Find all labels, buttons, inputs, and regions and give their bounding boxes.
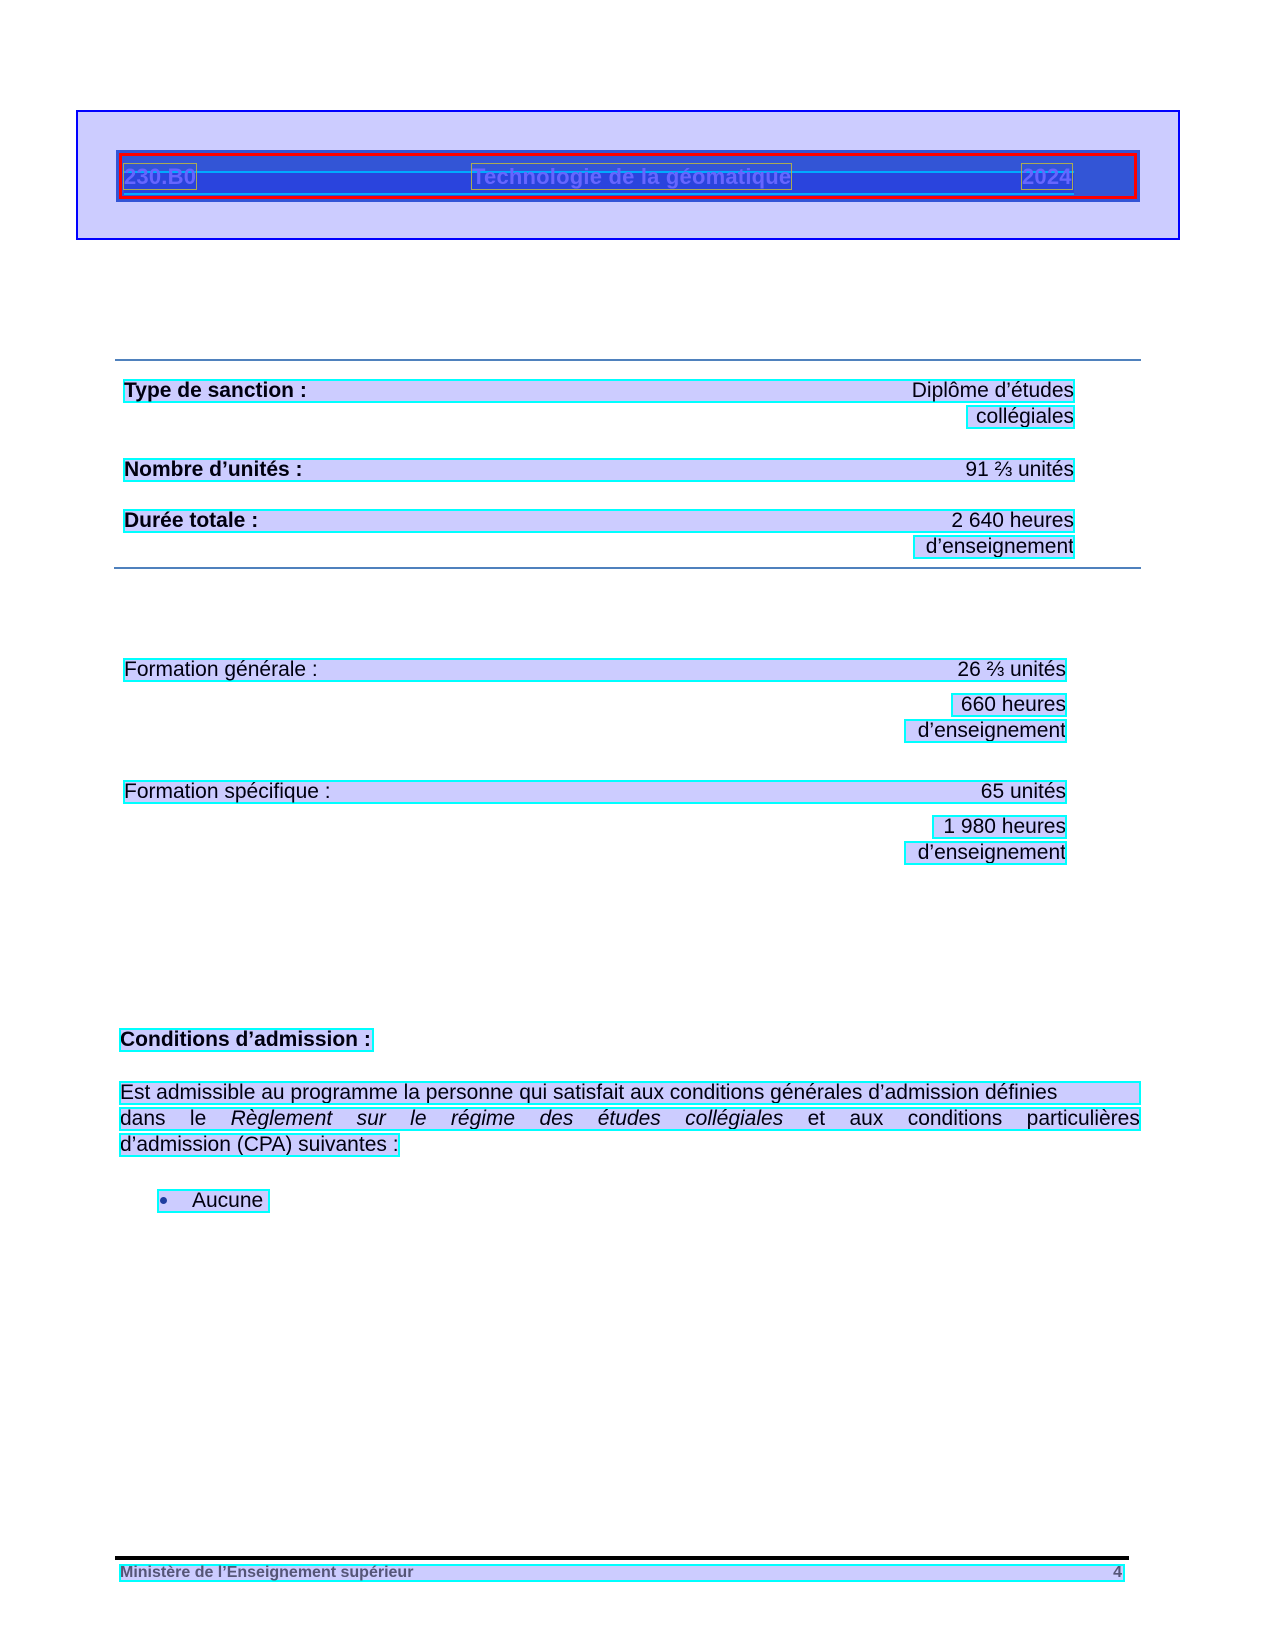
program-title: Technologie de la géomatique (472, 164, 791, 190)
admission-paragraph-line-2: dansleRèglementsurlerégimedesétudescollé… (120, 1108, 1140, 1130)
specific-training-hours-cont: d’enseignement (905, 842, 1066, 864)
general-training-hours: 660 heures (952, 694, 1066, 716)
program-year: 2024 (1022, 164, 1072, 190)
bullet-icon (160, 1197, 167, 1204)
paragraph-word: et (808, 1108, 826, 1130)
paragraph-word: aux (849, 1108, 883, 1130)
admission-paragraph-line-3: d’admission (CPA) suivantes : (120, 1134, 399, 1156)
program-code-text: 230.B0 (124, 164, 196, 189)
admission-paragraph-text-1: Est admissible au programme la personne … (120, 1082, 1057, 1104)
duration-label: Durée totale : (124, 510, 258, 532)
bullet-text: Aucune (192, 1190, 263, 1212)
paragraph-word: des (539, 1108, 573, 1130)
admission-paragraph-line-1: Est admissible au programme la personne … (120, 1082, 1140, 1104)
summary-row-units: Nombre d’unités : 91 ⅔ unités (124, 459, 1074, 481)
duration-value: 2 640 heures (951, 510, 1074, 532)
general-training-hours-cont: d’enseignement (905, 720, 1066, 742)
footer-rule (115, 1556, 1129, 1560)
admission-conditions-title: Conditions d’admission : (120, 1029, 373, 1051)
paragraph-word: le (410, 1108, 426, 1130)
paragraph-word: particulières (1027, 1108, 1140, 1130)
page-number: 4 (1113, 1565, 1122, 1581)
specific-training-label: Formation spécifique : (124, 781, 331, 803)
paragraph-word: dans (120, 1108, 166, 1130)
admission-bullet-item: Aucune (158, 1190, 269, 1212)
sanction-label: Type de sanction : (124, 380, 307, 402)
paragraph-word: conditions (908, 1108, 1003, 1130)
summary-row-sanction: Type de sanction : Diplôme d’études (124, 380, 1074, 402)
general-training-units: 26 ⅔ unités (957, 659, 1066, 681)
paragraph-word: études (598, 1108, 661, 1130)
footer-ministry: Ministère de l’Enseignement supérieur (120, 1565, 413, 1581)
duration-value-cont: d’enseignement (914, 536, 1074, 558)
specific-training-units: 65 unités (981, 781, 1066, 803)
program-title-text: Technologie de la géomatique (472, 164, 791, 189)
units-label: Nombre d’unités : (124, 459, 303, 481)
sanction-value-cont: collégiales (967, 406, 1074, 428)
program-code: 230.B0 (124, 164, 196, 190)
paragraph-word: le (190, 1108, 206, 1130)
specific-training-hours: 1 980 heures (933, 816, 1066, 838)
paragraph-word: Règlement (231, 1108, 333, 1130)
general-training-row: Formation générale : 26 ⅔ unités (124, 659, 1066, 681)
program-year-text: 2024 (1022, 164, 1072, 189)
summary-bottom-rule (114, 567, 1141, 569)
page-footer: Ministère de l’Enseignement supérieur 4 (120, 1565, 1124, 1581)
paragraph-word: collégiales (685, 1108, 783, 1130)
sanction-value: Diplôme d’études (912, 380, 1074, 402)
summary-row-duration: Durée totale : 2 640 heures (124, 510, 1074, 532)
summary-top-rule (115, 359, 1141, 361)
paragraph-word: sur (357, 1108, 386, 1130)
units-value: 91 ⅔ unités (965, 459, 1074, 481)
paragraph-word: régime (451, 1108, 515, 1130)
specific-training-row: Formation spécifique : 65 unités (124, 781, 1066, 803)
general-training-label: Formation générale : (124, 659, 318, 681)
